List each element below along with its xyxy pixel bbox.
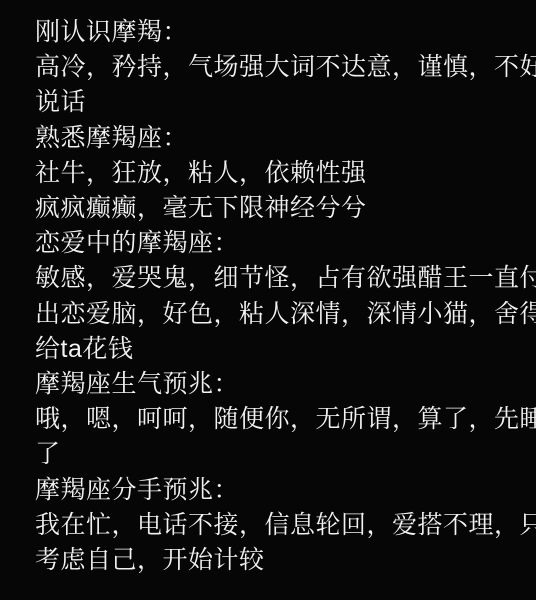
text-line: 敏感，爱哭鬼，细节怪，占有欲强醋王一直付 — [35, 261, 510, 296]
section-in-love: 恋爱中的摩羯座： 敏感，爱哭鬼，细节怪，占有欲强醋王一直付 出恋爱脑，好色，粘人… — [35, 226, 510, 367]
section-heading: 摩羯座分手预兆： — [35, 473, 510, 508]
section-angry-signs: 摩羯座生气预兆： 哦，嗯，呵呵，随便你，无所谓，算了，先睡 了 — [35, 367, 510, 473]
section-first-impression: 刚认识摩羯： 高冷，矜持，气场强大词不达意，谨慎，不好 说话 — [35, 15, 510, 121]
text-line: 了 — [35, 437, 510, 472]
text-line: 社牛，狂放，粘人，依赖性强 — [35, 156, 510, 191]
text-line: 给ta花钱 — [35, 332, 510, 367]
text-image-panel: 刚认识摩羯： 高冷，矜持，气场强大词不达意，谨慎，不好 说话 熟悉摩羯座： 社牛… — [0, 0, 536, 600]
section-heading: 熟悉摩羯座： — [35, 121, 510, 156]
text-line: 疯疯癫癫，毫无下限神经兮兮 — [35, 191, 510, 226]
section-familiar: 熟悉摩羯座： 社牛，狂放，粘人，依赖性强 疯疯癫癫，毫无下限神经兮兮 — [35, 121, 510, 227]
text-line: 我在忙，电话不接，信息轮回，爱搭不理，只 — [35, 508, 510, 543]
text-line: 哦，嗯，呵呵，随便你，无所谓，算了，先睡 — [35, 402, 510, 437]
text-line: 考虑自己，开始计较 — [35, 543, 510, 578]
text-line: 说话 — [35, 85, 510, 120]
text-line: 出恋爱脑，好色，粘人深情，深情小猫，舍得 — [35, 297, 510, 332]
section-heading: 恋爱中的摩羯座： — [35, 226, 510, 261]
section-heading: 刚认识摩羯： — [35, 15, 510, 50]
text-line: 高冷，矜持，气场强大词不达意，谨慎，不好 — [35, 50, 510, 85]
section-heading: 摩羯座生气预兆： — [35, 367, 510, 402]
section-breakup-signs: 摩羯座分手预兆： 我在忙，电话不接，信息轮回，爱搭不理，只 考虑自己，开始计较 — [35, 473, 510, 579]
